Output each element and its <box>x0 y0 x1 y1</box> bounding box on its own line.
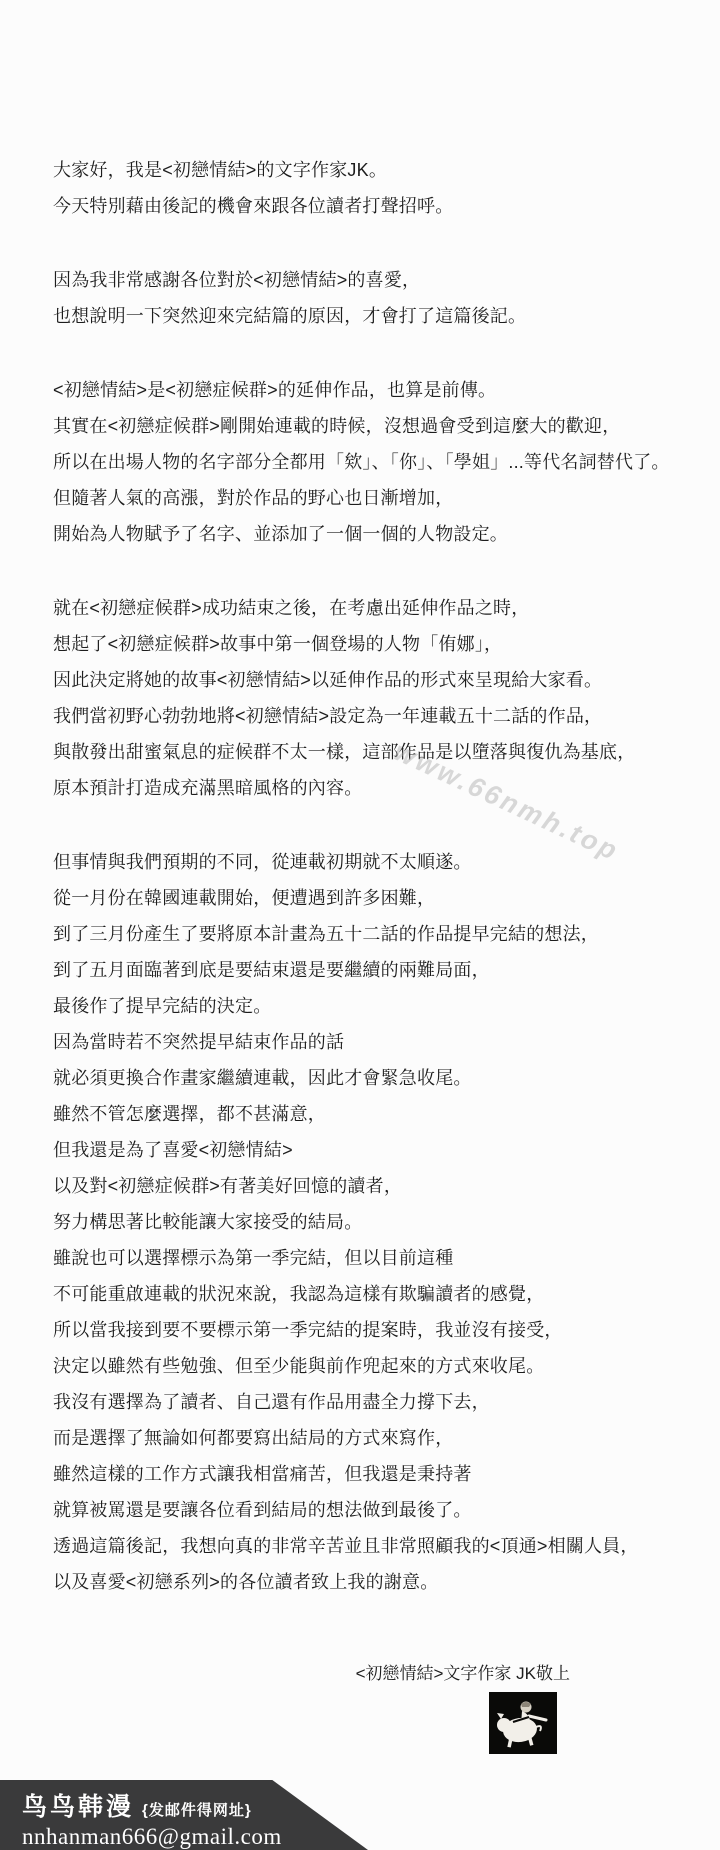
text-line: 大家好，我是<初戀情結>的文字作家JK。 <box>53 152 703 188</box>
text-line: 我沒有選擇為了讀者、自己還有作品用盡全力撐下去， <box>53 1384 703 1420</box>
text-line: 從一月份在韓國連載開始，便遭遇到許多困難， <box>53 880 703 916</box>
text-line: 到了三月份產生了要將原本計畫為五十二話的作品提早完結的想法， <box>53 916 703 952</box>
text-line: 因為我非常感謝各位對於<初戀情結>的喜愛， <box>53 262 703 298</box>
text-line: 想起了<初戀症候群>故事中第一個登場的人物「侑娜」， <box>53 626 703 662</box>
text-line: 所以當我接到要不要標示第一季完結的提案時，我並沒有接受， <box>53 1312 703 1348</box>
text-line: 就必須更換合作畫家繼續連載，因此才會緊急收尾。 <box>53 1060 703 1096</box>
text-line: 以及對<初戀症候群>有著美好回憶的讀者， <box>53 1168 703 1204</box>
author-stamp <box>489 1692 557 1754</box>
text-line: 其實在<初戀症候群>剛開始連載的時候，沒想過會受到這麼大的歡迎， <box>53 408 703 444</box>
text-line: 因為當時若不突然提早結束作品的話 <box>53 1024 703 1060</box>
text-line: <初戀情結>是<初戀症候群>的延伸作品，也算是前傳。 <box>53 372 703 408</box>
text-line: 雖說也可以選擇標示為第一季完結，但以目前這種 <box>53 1240 703 1276</box>
text-line: 因此決定將她的故事<初戀情結>以延伸作品的形式來呈現給大家看。 <box>53 662 703 698</box>
text-line: 但事情與我們預期的不同，從連載初期就不太順遂。 <box>53 844 703 880</box>
text-line: 與散發出甜蜜氣息的症候群不太一樣，這部作品是以墮落與復仇為基底， <box>53 734 703 770</box>
text-line: 所以在出場人物的名字部分全都用「欸」、「你」、「學姐」...等代名詞替代了。 <box>53 444 703 480</box>
text-line: 就在<初戀症候群>成功結束之後，在考慮出延伸作品之時， <box>53 590 703 626</box>
person-riding-pig-icon <box>489 1692 557 1754</box>
text-line: 以及喜愛<初戀系列>的各位讀者致上我的謝意。 <box>53 1564 703 1600</box>
text-line: 原本預計打造成充滿黑暗風格的內容。 <box>53 770 703 806</box>
paragraph: <初戀情結>是<初戀症候群>的延伸作品，也算是前傳。其實在<初戀症候群>剛開始連… <box>53 372 703 552</box>
afterword-page: 大家好，我是<初戀情結>的文字作家JK。今天特別藉由後記的機會來跟各位讀者打聲招… <box>0 0 720 1850</box>
text-line: 也想說明一下突然迎來完結篇的原因，才會打了這篇後記。 <box>53 298 703 334</box>
footer-banner: 鸟鸟韩漫 {发邮件得网址} nnhanman666@gmail.com <box>0 1780 368 1850</box>
text-line: 雖然不管怎麼選擇，都不甚滿意， <box>53 1096 703 1132</box>
text-line: 最後作了提早完結的決定。 <box>53 988 703 1024</box>
paragraph: 就在<初戀症候群>成功結束之後，在考慮出延伸作品之時，想起了<初戀症候群>故事中… <box>53 590 703 806</box>
author-signature: <初戀情結>文字作家 JK敬上 <box>356 1659 570 1684</box>
text-line: 透過這篇後記，我想向真的非常辛苦並且非常照顧我的<頂通>相關人員， <box>53 1528 703 1564</box>
text-line: 不可能重啟連載的狀況來說，我認為這樣有欺騙讀者的感覺， <box>53 1276 703 1312</box>
text-line: 到了五月面臨著到底是要結束還是要繼續的兩難局面， <box>53 952 703 988</box>
text-line: 但我還是為了喜愛<初戀情結> <box>53 1132 703 1168</box>
footer-line: 鸟鸟韩漫 {发邮件得网址} <box>22 1787 368 1823</box>
text-line: 今天特別藉由後記的機會來跟各位讀者打聲招呼。 <box>53 188 703 224</box>
paragraph: 大家好，我是<初戀情結>的文字作家JK。今天特別藉由後記的機會來跟各位讀者打聲招… <box>53 152 703 224</box>
text-line: 我們當初野心勃勃地將<初戀情結>設定為一年連載五十二話的作品， <box>53 698 703 734</box>
text-line: 但隨著人氣的高漲，對於作品的野心也日漸增加， <box>53 480 703 516</box>
text-line: 開始為人物賦予了名字、並添加了一個一個的人物設定。 <box>53 516 703 552</box>
paragraph: 因為我非常感謝各位對於<初戀情結>的喜愛，也想說明一下突然迎來完結篇的原因，才會… <box>53 262 703 334</box>
footer-brand: 鸟鸟韩漫 <box>22 1787 134 1823</box>
text-line: 而是選擇了無論如何都要寫出結局的方式來寫作， <box>53 1420 703 1456</box>
text-line: 就算被罵還是要讓各位看到結局的想法做到最後了。 <box>53 1492 703 1528</box>
paragraph: 但事情與我們預期的不同，從連載初期就不太順遂。從一月份在韓國連載開始，便遭遇到許… <box>53 844 703 1600</box>
footer-email: nnhanman666@gmail.com <box>22 1824 368 1850</box>
text-line: 決定以雖然有些勉強、但至少能與前作兜起來的方式來收尾。 <box>53 1348 703 1384</box>
text-line: 努力構思著比較能讓大家接受的結局。 <box>53 1204 703 1240</box>
footer-note: {发邮件得网址} <box>142 1799 252 1820</box>
text-line: 雖然這樣的工作方式讓我相當痛苦，但我還是秉持著 <box>53 1456 703 1492</box>
afterword-text: 大家好，我是<初戀情結>的文字作家JK。今天特別藉由後記的機會來跟各位讀者打聲招… <box>53 152 703 1600</box>
